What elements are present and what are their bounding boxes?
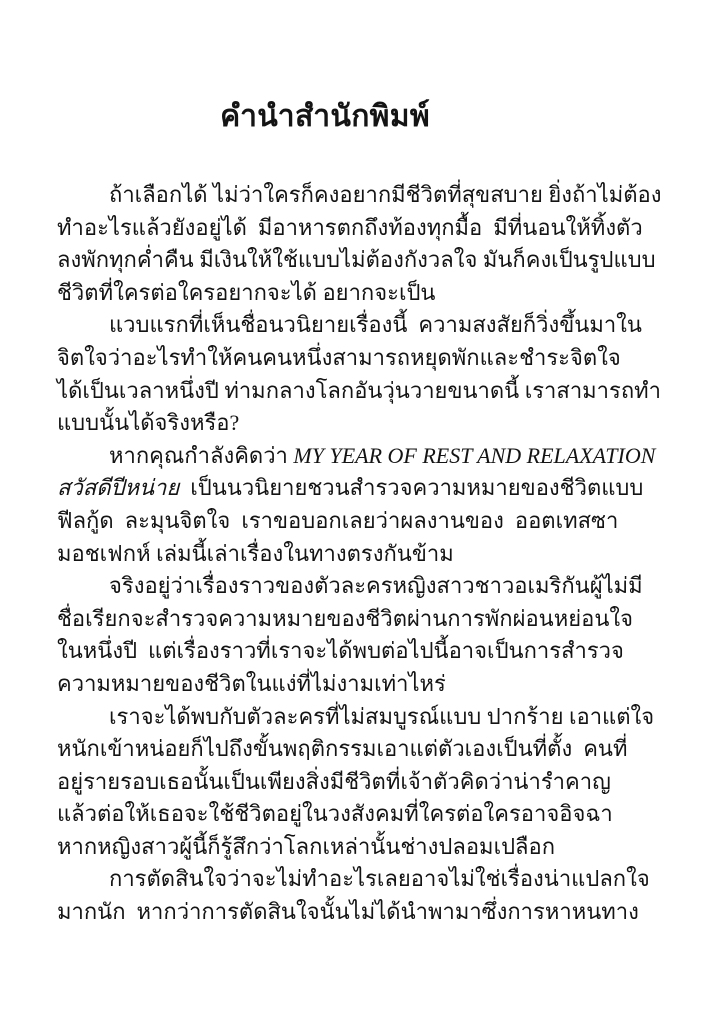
- book-page: คำนำสำนักพิมพ์ ถ้าเลือกได้ ไม่ว่าใครก็คง…: [0, 0, 711, 1024]
- text-line: แล้วต่อให้เธอจะใช้ชีวิตอยู่ในวงสังคมที่ใ…: [57, 798, 593, 831]
- text-segment: แวบแรกที่เห็นชื่อนวนิยายเรื่องนี้ ความสง…: [109, 312, 642, 337]
- text-segment: มากนัก หากว่าการตัดสินใจนั้นไม่ได้นำพามา…: [57, 899, 639, 924]
- text-line: ลงพักทุกค่ำคืน มีเงินให้ใช้แบบไม่ต้องกัง…: [57, 244, 593, 277]
- text-line: หนักเข้าหน่อยก็ไปถึงขั้นพฤติกรรมเอาแต่ตั…: [57, 733, 593, 766]
- text-line: จิตใจว่าอะไรทำให้คนคนหนึ่งสามารถหยุดพักแ…: [57, 342, 593, 375]
- text-line: ในหนึ่งปี แต่เรื่องราวที่เราจะได้พบต่อไป…: [57, 635, 593, 668]
- text-line: หากคุณกำลังคิดว่า MY YEAR OF REST AND RE…: [57, 440, 593, 473]
- text-line: สวัสดีปีหน่าย เป็นนวนิยายชวนสำรวจความหมา…: [57, 472, 593, 505]
- text-line: ถ้าเลือกได้ ไม่ว่าใครก็คงอยากมีชีวิตที่ส…: [57, 179, 593, 212]
- text-segment: ชื่อเรียกจะสำรวจความหมายของชีวิตผ่านการพ…: [57, 606, 633, 631]
- text-segment: ลงพักทุกค่ำคืน มีเงินให้ใช้แบบไม่ต้องกัง…: [57, 247, 656, 272]
- book-title-segment: สวัสดีปีหน่าย: [57, 475, 179, 500]
- text-segment: จิตใจว่าอะไรทำให้คนคนหนึ่งสามารถหยุดพักแ…: [57, 345, 621, 370]
- text-line: ชื่อเรียกจะสำรวจความหมายของชีวิตผ่านการพ…: [57, 603, 593, 636]
- text-segment: หากคุณกำลังคิดว่า: [109, 443, 293, 468]
- text-segment: เป็นนวนิยายชวนสำรวจความหมายของชีวิตแบบ: [179, 475, 643, 500]
- text-line: ได้เป็นเวลาหนึ่งปี ท่ามกลางโลกอันวุ่นวาย…: [57, 375, 593, 408]
- text-line: ฟีลกู้ด ละมุนจิตใจ เราขอบอกเลยว่าผลงานขอ…: [57, 505, 593, 538]
- text-segment: ความหมายของชีวิตในแง่ที่ไม่งามเท่าไหร่: [57, 671, 446, 696]
- text-segment: หากหญิงสาวผู้นี้ก็รู้สึกว่าโลกเหล่านั้นช…: [57, 834, 555, 859]
- text-segment: ฟีลกู้ด ละมุนจิตใจ เราขอบอกเลยว่าผลงานขอ…: [57, 508, 618, 533]
- text-segment: จริงอยู่ว่าเรื่องราวของตัวละครหญิงสาวชาว…: [109, 573, 643, 598]
- text-line: ทำอะไรแล้วยังอยู่ได้ มีอาหารตกถึงท้องทุก…: [57, 212, 593, 245]
- page-title: คำนำสำนักพิมพ์: [57, 94, 593, 140]
- text-line: มอชเฟกห์ เล่มนี้เล่าเรื่องในทางตรงกันข้า…: [57, 538, 593, 571]
- text-line: มากนัก หากว่าการตัดสินใจนั้นไม่ได้นำพามา…: [57, 896, 593, 929]
- text-line: จริงอยู่ว่าเรื่องราวของตัวละครหญิงสาวชาว…: [57, 570, 593, 603]
- text-segment: การตัดสินใจว่าจะไม่ทำอะไรเลยอาจไม่ใช่เรื…: [109, 866, 650, 891]
- text-line: แวบแรกที่เห็นชื่อนวนิยายเรื่องนี้ ความสง…: [57, 309, 593, 342]
- body-text: ถ้าเลือกได้ ไม่ว่าใครก็คงอยากมีชีวิตที่ส…: [57, 179, 593, 929]
- text-segment: ได้เป็นเวลาหนึ่งปี ท่ามกลางโลกอันวุ่นวาย…: [57, 378, 661, 403]
- text-line: ชีวิตที่ใครต่อใครอยากจะได้ อยากจะเป็น: [57, 277, 593, 310]
- text-segment: หนักเข้าหน่อยก็ไปถึงขั้นพฤติกรรมเอาแต่ตั…: [57, 736, 627, 761]
- text-line: เราจะได้พบกับตัวละครที่ไม่สมบูรณ์แบบ ปาก…: [57, 701, 593, 734]
- text-segment: มอชเฟกห์ เล่มนี้เล่าเรื่องในทางตรงกันข้า…: [57, 541, 454, 566]
- book-title-segment: MY YEAR OF REST AND RELAXATION: [293, 443, 655, 468]
- text-segment: ทำอะไรแล้วยังอยู่ได้ มีอาหารตกถึงท้องทุก…: [57, 215, 643, 240]
- text-segment: ชีวิตที่ใครต่อใครอยากจะได้ อยากจะเป็น: [57, 280, 435, 305]
- text-line: หากหญิงสาวผู้นี้ก็รู้สึกว่าโลกเหล่านั้นช…: [57, 831, 593, 864]
- text-line: การตัดสินใจว่าจะไม่ทำอะไรเลยอาจไม่ใช่เรื…: [57, 863, 593, 896]
- text-segment: แล้วต่อให้เธอจะใช้ชีวิตอยู่ในวงสังคมที่ใ…: [57, 801, 613, 826]
- text-segment: ถ้าเลือกได้ ไม่ว่าใครก็คงอยากมีชีวิตที่ส…: [109, 182, 661, 207]
- text-segment: อยู่รายรอบเธอนั้นเป็นเพียงสิ่งมีชีวิตที่…: [57, 769, 611, 794]
- text-segment: เราจะได้พบกับตัวละครที่ไม่สมบูรณ์แบบ ปาก…: [109, 704, 654, 729]
- text-segment: ในหนึ่งปี แต่เรื่องราวที่เราจะได้พบต่อไป…: [57, 638, 624, 663]
- text-line: ความหมายของชีวิตในแง่ที่ไม่งามเท่าไหร่: [57, 668, 593, 701]
- text-segment: แบบนั้นได้จริงหรือ?: [57, 410, 239, 435]
- text-line: แบบนั้นได้จริงหรือ?: [57, 407, 593, 440]
- text-line: อยู่รายรอบเธอนั้นเป็นเพียงสิ่งมีชีวิตที่…: [57, 766, 593, 799]
